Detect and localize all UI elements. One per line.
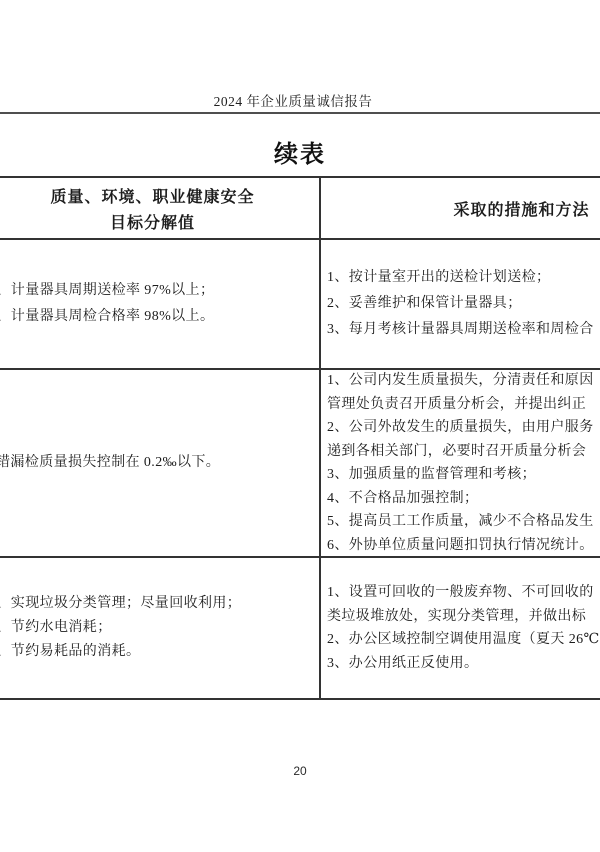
table-row: 1、实现垃圾分类管理；尽量回收利用； 2、节约水电消耗； 3、节约易耗品的消耗。…: [0, 558, 600, 700]
measures-cell-text: 1、按计量室开出的送检计划送检； 2、妥善维护和保管计量器具； 3、每月考核计量…: [327, 265, 594, 343]
document-page: 2024 年企业质量诚信报告 续表 质量、环境、职业健康安全 目标分解值 采取的…: [0, 0, 600, 852]
table-row: 错漏检质量损失控制在 0.2‰以下。 1、公司内发生质量损失，分清责任和原因 管…: [0, 370, 600, 558]
running-header: 2024 年企业质量诚信报告: [0, 90, 593, 110]
header-rule: [0, 112, 600, 114]
data-table: 质量、环境、职业健康安全 目标分解值 采取的措施和方法 1、计量器具周期送检率 …: [0, 176, 600, 700]
goal-column-header: 质量、环境、职业健康安全 目标分解值: [0, 178, 319, 238]
page-title: 续表: [0, 134, 600, 169]
goal-cell-text: 错漏检质量损失控制在 0.2‰以下。: [0, 450, 220, 476]
measures-cell: 1、设置可回收的一般废弃物、不可回收的 类垃圾堆放处，实现分类管理，并做出标 2…: [319, 558, 600, 698]
measures-column-header: 采取的措施和方法: [319, 178, 600, 238]
measures-cell: 1、公司内发生质量损失，分清责任和原因 管理处负责召开质量分析会，并提出纠正 2…: [319, 370, 600, 556]
goal-cell: 错漏检质量损失控制在 0.2‰以下。: [0, 370, 319, 556]
goal-cell-text: 1、实现垃圾分类管理；尽量回收利用； 2、节约水电消耗； 3、节约易耗品的消耗。: [0, 592, 241, 664]
goal-cell: 1、计量器具周期送检率 97%以上； 2、计量器具周检合格率 98%以上。: [0, 240, 319, 368]
goal-cell: 1、实现垃圾分类管理；尽量回收利用； 2、节约水电消耗； 3、节约易耗品的消耗。: [0, 558, 319, 698]
goal-column-header-text: 质量、环境、职业健康安全 目标分解值: [0, 185, 319, 237]
table-header-row: 质量、环境、职业健康安全 目标分解值 采取的措施和方法: [0, 178, 600, 240]
goal-cell-text: 1、计量器具周期送检率 97%以上； 2、计量器具周检合格率 98%以上。: [0, 278, 214, 330]
measures-cell-text: 1、公司内发生质量损失，分清责任和原因 管理处负责召开质量分析会，并提出纠正 2…: [327, 370, 594, 556]
measures-column-header-text: 采取的措施和方法: [321, 198, 600, 224]
measures-cell-text: 1、设置可回收的一般废弃物、不可回收的 类垃圾堆放处，实现分类管理，并做出标 2…: [327, 581, 600, 675]
table-row: 1、计量器具周期送检率 97%以上； 2、计量器具周检合格率 98%以上。 1、…: [0, 240, 600, 370]
page-number: 20: [0, 764, 600, 778]
measures-cell: 1、按计量室开出的送检计划送检； 2、妥善维护和保管计量器具； 3、每月考核计量…: [319, 240, 600, 368]
